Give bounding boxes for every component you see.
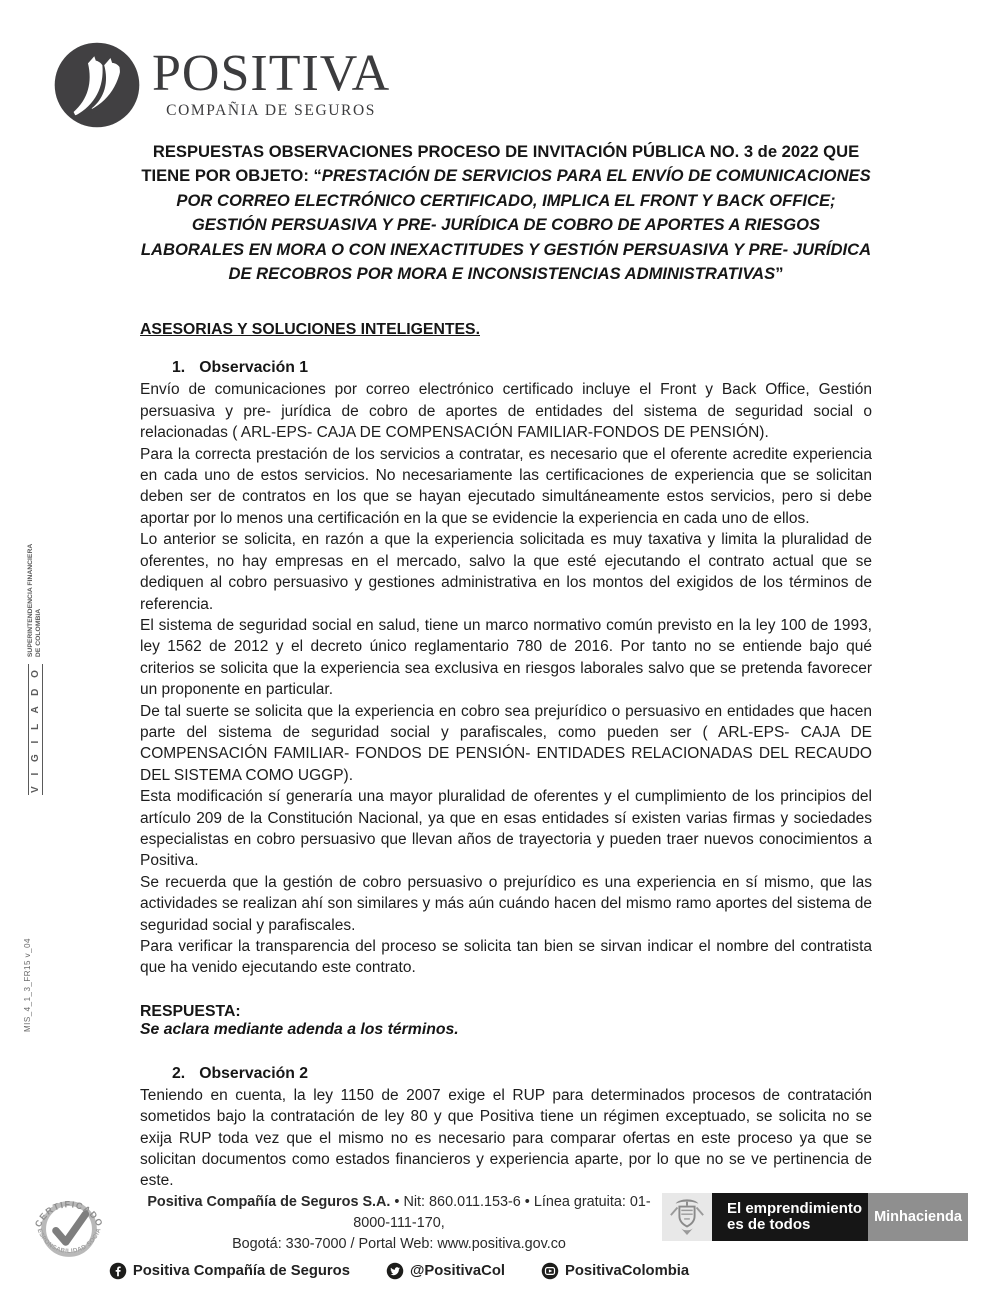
document-title-closing-quote: ” [775,264,783,283]
campaign-line1: El emprendimiento [727,1201,868,1218]
twitter-icon [386,1262,404,1280]
observation-1-paragraph: De tal suerte se solicita que la experie… [140,701,872,787]
observation-1-paragraph: Envío de comunicaciones por correo elect… [140,379,872,443]
document-body: RESPUESTAS OBSERVACIONES PROCESO DE INVI… [140,140,872,1192]
vigilado-mark: V I G I L A D O SUPERINTENDENCIA FINANCI… [20,560,50,795]
youtube-link[interactable]: PositivaColombia [541,1262,689,1280]
facebook-icon [109,1262,127,1280]
youtube-icon [541,1262,559,1280]
colombia-coat-of-arms-icon [662,1193,712,1241]
observation-1-paragraph: Para la correcta prestación de los servi… [140,444,872,530]
twitter-label: @PositivaCol [410,1263,505,1279]
footer-company-rest: • Nit: 860.011.153-6 • Línea gratuita: 0… [353,1194,650,1231]
certification-seal-icon: CERTIFICADO RESPONSABILIDAD SOCIAL [28,1188,110,1270]
observation-1-paragraph: El sistema de seguridad social en salud,… [140,615,872,701]
observation-2-heading: 2.Observación 2 [140,1065,872,1083]
youtube-label: PositivaColombia [565,1263,689,1279]
twitter-link[interactable]: @PositivaCol [386,1262,505,1280]
logo-tagline: COMPAÑIA DE SEGUROS [152,102,390,120]
vigilado-label: V I G I L A D O [28,664,43,795]
positiva-logo-icon [52,40,142,130]
superintendencia-line2: DE COLOMBIA [35,609,42,657]
facebook-label: Positiva Compañía de Seguros [133,1263,350,1279]
campaign-line2: es de todos [727,1217,868,1234]
government-banner: El emprendimiento es de todos Minhaciend… [662,1193,968,1241]
superintendencia-line1: SUPERINTENDENCIA FINANCIERA [27,544,34,657]
observation-1-heading: 1.Observación 1 [140,359,872,377]
respuesta-text: Se aclara mediante adenda a los términos… [140,1021,872,1039]
facebook-link[interactable]: Positiva Compañía de Seguros [109,1262,350,1280]
ministry-box: Minhacienda [868,1193,968,1241]
document-code: MIS_4_1_3_FR15 v_04 [23,938,32,1032]
campaign-box: El emprendimiento es de todos [712,1193,868,1241]
observation-1-paragraph: Lo anterior se solicita, en razón a que … [140,529,872,615]
document-title: RESPUESTAS OBSERVACIONES PROCESO DE INVI… [140,140,872,286]
footer-contact: Positiva Compañía de Seguros S.A. • Nit:… [138,1192,660,1280]
observation-1-paragraph: Esta modificación sí generaría una mayor… [140,786,872,872]
observation-1-paragraph: Para verificar la transparencia del proc… [140,936,872,979]
positiva-logo: POSITIVA COMPAÑIA DE SEGUROS [52,40,390,130]
svg-text:CERTIFICADO: CERTIFICADO [33,1199,105,1228]
observation-2-number: 2. [172,1065,185,1082]
observation-2-label: Observación 2 [199,1065,308,1082]
logo-wordmark: POSITIVA [152,48,390,100]
superintendencia-label: SUPERINTENDENCIA FINANCIERA DE COLOMBIA [27,544,43,657]
observation-2-paragraph: Teniendo en cuenta, la ley 1150 de 2007 … [140,1085,872,1192]
social-links: Positiva Compañía de Seguros @PositivaCo… [138,1262,660,1280]
observation-1-number: 1. [172,359,185,376]
footer-portal-line[interactable]: Bogotá: 330-7000 / Portal Web: www.posit… [138,1234,660,1255]
footer-company-line: Positiva Compañía de Seguros S.A. • Nit:… [138,1192,660,1234]
respuesta-label: RESPUESTA: [140,1003,872,1021]
section-heading: ASESORIAS Y SOLUCIONES INTELIGENTES. [140,321,872,339]
observation-1-label: Observación 1 [199,359,308,376]
observation-1-paragraph: Se recuerda que la gestión de cobro pers… [140,872,872,936]
footer-company-name: Positiva Compañía de Seguros S.A. [147,1194,390,1210]
